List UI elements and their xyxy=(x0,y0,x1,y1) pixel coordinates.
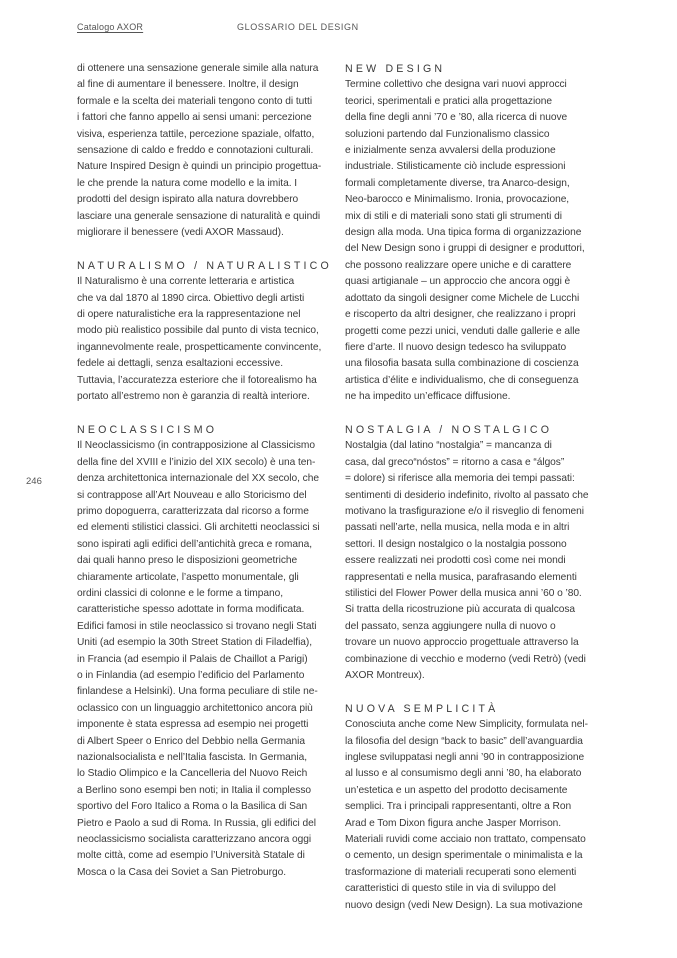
text-line: Edifici famosi in stile neoclassico si t… xyxy=(77,619,333,635)
text-line: Si tratta della ricostruzione più accura… xyxy=(345,602,607,618)
text-line: essere realizzati nei prodotti così come… xyxy=(345,553,607,569)
text-line: inglese sviluppatasi negli anni ’90 in c… xyxy=(345,750,607,766)
entry-nuova-semplicita: NUOVA SEMPLICITÀ Conosciuta anche come N… xyxy=(345,701,607,914)
left-column: di ottenere una sensazione generale simi… xyxy=(77,61,333,898)
text-line: si contrappose all’Art Nouveau e allo St… xyxy=(77,488,333,504)
text-line: artistica d’élite e individualismo, che … xyxy=(345,373,607,389)
text-line: e riscoperto da altri designer, che real… xyxy=(345,307,607,323)
text-line: fiere d’arte. Il nuovo design tedesco ha… xyxy=(345,340,607,356)
text-line: al lusso e al consumismo degli anni ’80,… xyxy=(345,766,607,782)
text-line: della fine del XVIII e l’inizio del XIX … xyxy=(77,455,333,471)
text-line: ordini classici di colonne e le forme a … xyxy=(77,586,333,602)
text-line: un’estetica e un aspetto del prodotto de… xyxy=(345,783,607,799)
section-title: GLOSSARIO DEL DESIGN xyxy=(237,22,359,32)
text-line: semplici. Tra i principali rappresentant… xyxy=(345,799,607,815)
page-number: 246 xyxy=(26,476,42,487)
text-line: fedele ai dettagli, senza esaltazioni ec… xyxy=(77,356,333,372)
text-line: Termine collettivo che designa vari nuov… xyxy=(345,77,607,93)
text-line: trovare un nuovo approccio progettuale a… xyxy=(345,635,607,651)
text-line: neoclassicismo socialista caratterizzano… xyxy=(77,832,333,848)
text-line: di opere naturalistiche era la rappresen… xyxy=(77,307,333,323)
text-line: AXOR Montreux). xyxy=(345,668,607,684)
text-line: = dolore) si riferisce alla memoria dei … xyxy=(345,471,607,487)
text-line: finlandese a Helsinki). Una forma peculi… xyxy=(77,684,333,700)
text-line: della fine degli anni ’70 e ’80, alla ri… xyxy=(345,110,607,126)
text-line: Tuttavia, l’accuratezza esteriore che il… xyxy=(77,373,333,389)
text-line: i fattori che fanno appello ai sensi uma… xyxy=(77,110,333,126)
text-line: nuovo design (vedi New Design). La sua m… xyxy=(345,898,607,914)
right-column: NEW DESIGN Termine collettivo che design… xyxy=(345,61,607,930)
text-line: dai quali hanno preso le disposizioni ge… xyxy=(77,553,333,569)
text-line: sentimenti di desiderio indefinito, rivo… xyxy=(345,488,607,504)
text-line: Il Neoclassicismo (in contrapposizione a… xyxy=(77,438,333,454)
text-line: molte città, come ad esempio l’Universit… xyxy=(77,848,333,864)
text-line: di ottenere una sensazione generale simi… xyxy=(77,61,333,77)
text-line: o cemento, un design sperimentale o mini… xyxy=(345,848,607,864)
text-line: Uniti (ad esempio la 30th Street Station… xyxy=(77,635,333,651)
text-line: sportivo del Foro Italico a Roma o la Ba… xyxy=(77,799,333,815)
text-line: settori. Il design nostalgico o la nosta… xyxy=(345,537,607,553)
text-line: formali completamente diverse, tra Anarc… xyxy=(345,176,607,192)
entry-nostalgia: NOSTALGIA / NOSTALGICO Nostalgia (dal la… xyxy=(345,422,607,685)
entry-neoclassicismo: NEOCLASSICISMO Il Neoclassicismo (in con… xyxy=(77,422,333,881)
text-line: visiva, esperienza tattile, percezione s… xyxy=(77,127,333,143)
text-line: e inizialmente senza avvalersi della pro… xyxy=(345,143,607,159)
text-line: Nature Inspired Design è quindi un princ… xyxy=(77,159,333,175)
text-line: chiaramente articolate, l’aspetto monume… xyxy=(77,570,333,586)
text-line: di Albert Speer o Enrico del Debbio nell… xyxy=(77,734,333,750)
text-line: Conosciuta anche come New Simplicity, fo… xyxy=(345,717,607,733)
text-line: motivano la trasfigurazione e/o il risve… xyxy=(345,504,607,520)
text-line: design alla moda. Una tipica forma di or… xyxy=(345,225,607,241)
text-line: casa, dal greco“nóstos” = ritorno a casa… xyxy=(345,455,607,471)
text-line: Nostalgia (dal latino “nostalgia” = manc… xyxy=(345,438,607,454)
entry-term: NEW DESIGN xyxy=(345,61,607,77)
text-line: Pietro e Paolo a sud di Roma. In Russia,… xyxy=(77,816,333,832)
text-line: mix di stili e di materiali sono stati g… xyxy=(345,209,607,225)
text-line: Arad e Tom Dixon figura anche Jasper Mor… xyxy=(345,816,607,832)
text-line: le che prende la natura come modello e l… xyxy=(77,176,333,192)
text-line: denza architettonica internazionale del … xyxy=(77,471,333,487)
text-line: sensazione di caldo e freddo e connotazi… xyxy=(77,143,333,159)
entry-term: NUOVA SEMPLICITÀ xyxy=(345,701,607,717)
text-line: Mosca o la Casa dei Soviet a San Pietrob… xyxy=(77,865,333,881)
text-line: caratteristiche spesso adottate in forma… xyxy=(77,602,333,618)
text-line: prodotti del design ispirato alla natura… xyxy=(77,192,333,208)
catalog-link[interactable]: Catalogo AXOR xyxy=(77,22,143,32)
text-line: rappresentati e nella musica, parafrasan… xyxy=(345,570,607,586)
text-line: Materiali ruvidi come acciaio non tratta… xyxy=(345,832,607,848)
entry-continuation: di ottenere una sensazione generale simi… xyxy=(77,61,333,241)
text-line: o in Finlandia (ad esempio l’edificio de… xyxy=(77,668,333,684)
text-line: che va dal 1870 al 1890 circa. Obiettivo… xyxy=(77,291,333,307)
text-line: la filosofia del design “back to basic” … xyxy=(345,734,607,750)
text-line: nazionalsocialista e nell’Italia fascist… xyxy=(77,750,333,766)
text-line: stilistici del Flower Power della musica… xyxy=(345,586,607,602)
entry-term: NOSTALGIA / NOSTALGICO xyxy=(345,422,607,438)
text-line: progetti come pezzi unici, venduti dalle… xyxy=(345,324,607,340)
text-line: Il Naturalismo è una corrente letteraria… xyxy=(77,274,333,290)
text-line: oclassico con un linguaggio architettoni… xyxy=(77,701,333,717)
text-line: del passato, senza aggiungere nulla di n… xyxy=(345,619,607,635)
text-line: industriale. Stilisticamente ciò include… xyxy=(345,159,607,175)
entry-term: NEOCLASSICISMO xyxy=(77,422,333,438)
text-line: trasformazione di materiali recuperati s… xyxy=(345,865,607,881)
text-line: caratteristici di questo stile in via di… xyxy=(345,881,607,897)
entry-term: NATURALISMO / NATURALISTICO xyxy=(77,258,333,274)
text-line: a Berlino sono esempi ben noti; in Itali… xyxy=(77,783,333,799)
text-line: primo dopoguerra, caratterizzata dal ric… xyxy=(77,504,333,520)
text-line: quasi artigianale – un approccio che anc… xyxy=(345,274,607,290)
text-line: lo Stadio Olimpico e la Cancelleria del … xyxy=(77,766,333,782)
text-line: modo più realistico possibile dal punto … xyxy=(77,323,333,339)
text-line: al fine di aumentare il benessere. Inolt… xyxy=(77,77,333,93)
text-line: una filosofia basata sulla combinazione … xyxy=(345,356,607,372)
text-line: imponente è stata espressa ad esempio ne… xyxy=(77,717,333,733)
entry-new-design: NEW DESIGN Termine collettivo che design… xyxy=(345,61,607,406)
text-line: Neo-barocco e Minimalismo. Ironia, provo… xyxy=(345,192,607,208)
text-line: in Francia (ad esempio il Palais de Chai… xyxy=(77,652,333,668)
text-line: portato all’estremo non è garanzia di re… xyxy=(77,389,333,405)
text-line: sono ispirati agli edifici dell’antichit… xyxy=(77,537,333,553)
text-line: ed elementi stilistici classici. Gli arc… xyxy=(77,520,333,536)
text-line: lasciare una generale sensazione di natu… xyxy=(77,209,333,225)
text-line: combinazione di vecchio e moderno (vedi … xyxy=(345,652,607,668)
text-line: ne ha impedito un’efficace diffusione. xyxy=(345,389,607,405)
text-line: che possono realizzare opere uniche e di… xyxy=(345,258,607,274)
text-line: adottato da singoli designer come Michel… xyxy=(345,291,607,307)
text-line: passati nell’arte, nella musica, nella m… xyxy=(345,520,607,536)
text-line: ingannevolmente reale, prospetticamente … xyxy=(77,340,333,356)
text-line: del New Design sono i gruppi di designer… xyxy=(345,241,607,257)
text-line: migliorare il benessere (vedi AXOR Massa… xyxy=(77,225,333,241)
entry-naturalismo: NATURALISMO / NATURALISTICO Il Naturalis… xyxy=(77,258,333,406)
text-line: teorici, sperimentali e pratici alla pro… xyxy=(345,94,607,110)
text-line: soluzioni partendo dal Funzionalismo cla… xyxy=(345,127,607,143)
text-line: formale e la scelta dei materiali tengon… xyxy=(77,94,333,110)
